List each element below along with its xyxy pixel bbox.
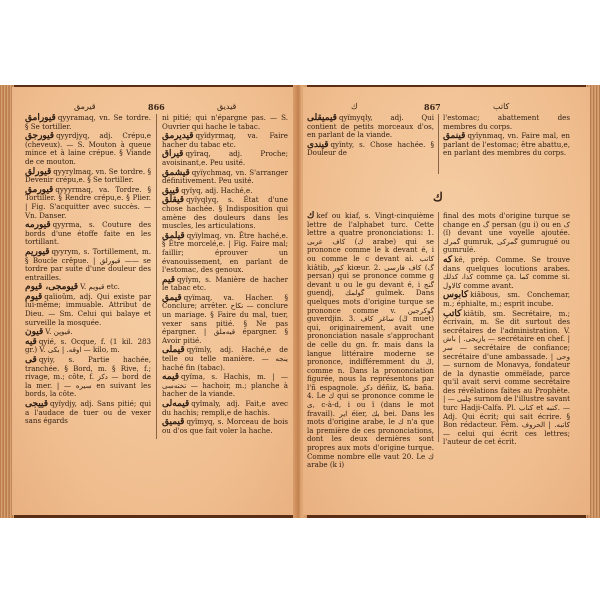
entry-definition: ni pitié; qui n'épargne pas. — S. Ouvrie… [162, 113, 288, 131]
entry-definition: qyïym, s. Manière de hacher le tabac etc… [162, 275, 288, 293]
page-number: 866 [148, 102, 165, 112]
column-rule [438, 114, 439, 174]
entry-definition: kef ou kiaf, s. Vingt-cinquième lettre d… [307, 211, 434, 469]
dictionary-entry: ni pitié; qui n'épargne pas. — S. Ouvrie… [162, 114, 288, 131]
right-page-bottom-column-1: كkef ou kiaf, s. Vingt-cinquième lettre … [307, 212, 434, 471]
right-page-top-column-1: قیمیقلیqyïmyqly, adj. Qui contient de pe… [307, 114, 434, 159]
entry-definition: qyié, s. Ocque, f. (1 kil. 283 gr.) V. ا… [25, 337, 151, 355]
right-page: ك 867 کاتب قیمیقلیqyïmyqly, adj. Qui con… [303, 87, 590, 515]
dictionary-entry: قیدیرمقqyïdyrmaq, va. Faire hacher du ta… [162, 132, 288, 149]
dictionary-entry: قیورلقqyyrylmaq, vn. Se tordre. § Deveni… [25, 168, 151, 185]
dictionary-entry: قیوریمqyyrym, s. Tortillement, m. § Bouc… [25, 248, 151, 282]
entry-definition: qaïioûm, adj. Qui existe par lui-même; i… [25, 292, 151, 327]
entry-definition: V. قیویم etc. [80, 282, 120, 291]
dictionary-entry: قیqyiy, s. Partie hachée, tranchée. § Bo… [25, 356, 151, 399]
dictionary-entry: قیمیقqyïmyq, s. Morceau de bois ou d'os … [162, 418, 288, 435]
page-number: 867 [424, 102, 441, 112]
column-rule [156, 114, 157, 439]
dictionary-entry: قیمقqyïmaq, va. Hacher. § Conclure; arrê… [162, 294, 288, 346]
column-rule [438, 212, 439, 442]
entry-definition: qyiy, s. Partie hachée, tranchée. § Bord… [25, 355, 151, 398]
entry-definition: kiâtib, sm. Secrétaire, m.; écrivain, m.… [443, 309, 570, 447]
dictionary-entry: قیومجی، قیومV. قیویم etc. [25, 283, 151, 292]
dictionary-entry: قیمqyïym, s. Manière de hacher le tabac … [162, 276, 288, 293]
entry-definition: qyïma, s. Hachis, m. | — تخته‌سی — hacho… [162, 372, 288, 398]
dictionary-entry: قیراقqyïraq, adj. Proche; avoisinant,e. … [162, 150, 288, 167]
dictionary-entry: کاتبkiâtib, sm. Secrétaire, m.; écrivain… [443, 310, 570, 448]
right-page-top-column-2: l'estomac; abattement des membres du cor… [443, 114, 570, 159]
running-head-right: قیدیق [217, 102, 236, 111]
dictionary-entry: قیومqaïioûm, adj. Qui existe par lui-mêm… [25, 293, 151, 327]
dictionary-entry: قیندیqyïnty, s. Chose hachée. § Douleur … [307, 141, 434, 158]
dictionary-entry: قیونV. قیوپن. [25, 328, 151, 337]
entry-definition: final des mots d'origine turque se chang… [443, 211, 570, 254]
dictionary-entry: قیقلقqyïyqlyq, s. État d'une chose haché… [162, 196, 288, 230]
dictionary-entry: قیورمهqyyrma, s. Couture des bords d'une… [25, 221, 151, 247]
dictionary-entry: قیمیقلیqyïmyqly, adj. Qui contient de pe… [307, 114, 434, 140]
dictionary-entry: قیمه‌لیqyïmaly, adj. Fait,e avec du hach… [162, 400, 288, 417]
dictionary-entry: كkef ou kiaf, s. Vingt-cinquième lettre … [307, 212, 434, 470]
left-page-column-1: قیورامقqyyramaq, vn. Se tordre. § Se tor… [25, 114, 151, 427]
left-page: قیرمق 866 قیدیق قیورامقqyyramaq, vn. Se … [12, 87, 295, 515]
open-book: قیرمق 866 قیدیق قیورامقqyyramaq, vn. Se … [0, 85, 600, 518]
dictionary-entry: قیورمقqyyyrmaq, va. Tordre. § Tortiller.… [25, 186, 151, 220]
dictionary-entry: قیملیqyïmly, adj. Haché,e de telle ou te… [162, 346, 288, 372]
dictionary-entry: قییجیqyïydjy, adj. Sans pitié; qui a l'a… [25, 400, 151, 426]
dictionary-entry: قیمهqyïma, s. Hachis, m. | — تخته‌سی — h… [162, 373, 288, 399]
right-page-bottom-column-2: final des mots d'origine turque se chang… [443, 212, 570, 448]
dictionary-entry: قیشمقqyïychmaq, vn. S'arranger définitiv… [162, 169, 288, 186]
dictionary-entry: قیورجقqyyrdjyq, adj. Crépu,e (cheveux). … [25, 132, 151, 166]
section-letter: ك [433, 190, 443, 204]
dictionary-entry: قیلمقqyïylmaq, vn. Être haché,e. § Être … [162, 232, 288, 275]
entry-headword: قیون [25, 328, 43, 337]
running-head-left: ك [351, 102, 358, 111]
entry-definition: V. قیوپن. [45, 327, 72, 336]
dictionary-entry: کابوسkiâbous, sm. Conchemar, m.; éphialt… [443, 291, 570, 308]
dictionary-entry: l'estomac; abattement des membres du cor… [443, 114, 570, 131]
dictionary-entry: قیورامقqyyramaq, vn. Se tordre. § Se tor… [25, 114, 151, 131]
entry-definition: qyïyq, adj. Haché,e. [181, 186, 252, 195]
dictionary-entry: final des mots d'origine turque se chang… [443, 212, 570, 255]
dictionary-entry: قینمقqyïynmaq, vn. Faire mal, en parlant… [443, 132, 570, 158]
entry-definition: qyïmaq, va. Hacher. § Conclure; arrêter.… [162, 293, 288, 345]
entry-definition: ké, prép. Comme. Se trouve dans quelques… [443, 255, 570, 290]
entry-headword: قیومجی، قیوم [25, 283, 78, 292]
dictionary-entry: کهké, prép. Comme. Se trouve dans quelqu… [443, 256, 570, 290]
left-page-column-2: ni pitié; qui n'épargne pas. — S. Ouvrie… [162, 114, 288, 436]
running-head-right: کاتب [493, 102, 509, 111]
dictionary-entry: قیهqyié, s. Ocque, f. (1 kil. 283 gr.) V… [25, 338, 151, 355]
entry-definition: l'estomac; abattement des membres du cor… [443, 113, 570, 131]
running-head-left: قیرمق [74, 102, 96, 111]
